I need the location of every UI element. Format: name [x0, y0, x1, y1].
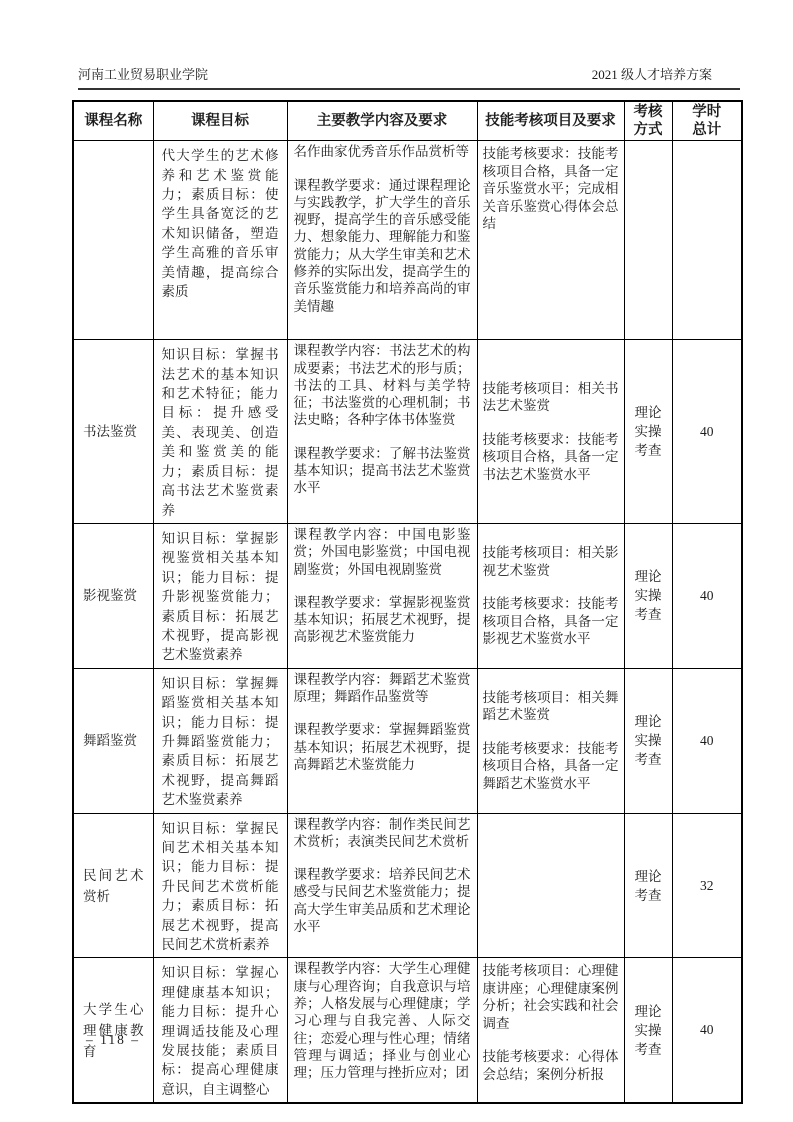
paragraph: 名作曲家优秀音乐作品赏析等	[294, 143, 471, 160]
skill-assessment-cell: 技能考核项目：相关影视艺术鉴赏技能考核要求：技能考核项目合格，具备一定影视艺术鉴…	[477, 523, 624, 668]
courses-table: 课程名称课程目标主要教学内容及要求技能考核项目及要求考核方式学时总计 代大学生的…	[72, 100, 743, 1104]
paragraph: 技能考核要求：技能考核项目合格，具备一定音乐鉴赏水平；完成相关音乐鉴赏心得体会总…	[483, 145, 619, 233]
paragraph: 技能考核项目：相关书法艺术鉴赏	[483, 380, 619, 415]
column-header: 课程名称	[73, 101, 153, 141]
total-hours-cell: 40	[672, 340, 742, 524]
paragraph: 课程教学内容：舞蹈艺术鉴赏原理；舞蹈作品鉴赏等	[294, 671, 471, 706]
header-school-name: 河南工业贸易职业学院	[78, 64, 208, 83]
total-hours-cell	[672, 141, 742, 340]
column-header: 学时总计	[672, 101, 742, 141]
course-name-cell: 影视鉴赏	[73, 523, 153, 668]
course-objectives-cell: 知识目标：掌握舞蹈鉴赏相关基本知识；能力目标：提升舞蹈鉴赏能力；素质目标：拓展艺…	[153, 668, 287, 813]
paragraph: 课程教学内容：制作类民间艺术赏析；表演类民间艺术赏析	[294, 816, 471, 851]
course-name-cell: 大学生心理健康教育	[73, 958, 153, 1103]
course-name-cell: 舞蹈鉴赏	[73, 668, 153, 813]
paragraph: 技能考核要求：技能考核项目合格，具备一定影视艺术鉴赏水平	[483, 595, 619, 648]
paragraph: 知识目标：掌握书法艺术的基本知识和艺术特征；能力目标：提升感受美、表现美、创造美…	[162, 345, 279, 520]
table-row: 大学生心理健康教育知识目标：掌握心理健康基本知识；能力目标：提升心理调适技能及心…	[73, 958, 742, 1103]
paragraph: 知识目标：掌握舞蹈鉴赏相关基本知识；能力目标：提升舞蹈鉴赏能力；素质目标：拓展艺…	[162, 674, 279, 810]
paragraph: 技能考核项目：相关舞蹈艺术鉴赏	[483, 689, 619, 724]
course-objectives-cell: 知识目标：掌握心理健康基本知识；能力目标：提升心理调适技能及心理发展技能；素质目…	[153, 958, 287, 1103]
total-hours-cell: 40	[672, 958, 742, 1103]
teaching-content-cell: 课程教学内容：书法艺术的构成要素；书法艺术的形与质；书法的工具、材料与美学特征；…	[287, 340, 477, 524]
assessment-method-cell	[624, 141, 672, 340]
course-objectives-cell: 知识目标：掌握影视鉴赏相关基本知识；能力目标：提升影视鉴赏能力；素质目标：拓展艺…	[153, 523, 287, 668]
assessment-method-cell: 理论实操考查	[624, 958, 672, 1103]
paragraph: 课程教学要求：了解书法鉴赏基本知识；提高书法艺术鉴赏水平	[294, 445, 471, 497]
teaching-content-cell: 课程教学内容：制作类民间艺术赏析；表演类民间艺术赏析课程教学要求：培养民间艺术感…	[287, 813, 477, 958]
paragraph: 课程教学内容：大学生心理健康与心理咨询；自我意识与培养；人格发展与心理健康；学习…	[294, 960, 471, 1081]
column-header: 主要教学内容及要求	[287, 101, 477, 141]
paragraph: 知识目标：掌握心理健康基本知识；能力目标：提升心理调适技能及心理发展技能；素质目…	[162, 963, 279, 1099]
column-header: 课程目标	[153, 101, 287, 141]
table-row: 影视鉴赏知识目标：掌握影视鉴赏相关基本知识；能力目标：提升影视鉴赏能力；素质目标…	[73, 523, 742, 668]
teaching-content-cell: 课程教学内容：大学生心理健康与心理咨询；自我意识与培养；人格发展与心理健康；学习…	[287, 958, 477, 1103]
paragraph: 课程教学要求：掌握舞蹈鉴赏基本知识；拓展艺术视野，提高舞蹈艺术鉴赏能力	[294, 721, 471, 773]
assessment-method-cell: 理论考查	[624, 813, 672, 958]
paragraph: 课程教学要求：掌握影视鉴赏基本知识；拓展艺术视野，提高影视艺术鉴赏能力	[294, 594, 471, 646]
skill-assessment-cell: 技能考核项目：相关书法艺术鉴赏技能考核要求：技能考核项目合格，具备一定书法艺术鉴…	[477, 340, 624, 524]
paragraph: 技能考核要求：技能考核项目合格，具备一定书法艺术鉴赏水平	[483, 431, 619, 484]
paragraph: 知识目标：掌握民间艺术相关基本知识；能力目标：提升民间艺术赏析能力；素质目标：拓…	[162, 819, 279, 955]
assessment-method-cell: 理论实操考查	[624, 668, 672, 813]
table-row: 民间艺术赏析知识目标：掌握民间艺术相关基本知识；能力目标：提升民间艺术赏析能力；…	[73, 813, 742, 958]
total-hours-cell: 40	[672, 668, 742, 813]
paragraph: 技能考核要求：技能考核项目合格，具备一定舞蹈艺术鉴赏水平	[483, 740, 619, 793]
skill-assessment-cell: 技能考核项目：心理健康讲座；心理健康案例分析；社会实践和社会调查技能考核要求：心…	[477, 958, 624, 1103]
teaching-content-cell: 课程教学内容：舞蹈艺术鉴赏原理；舞蹈作品鉴赏等课程教学要求：掌握舞蹈鉴赏基本知识…	[287, 668, 477, 813]
paragraph: 知识目标：掌握影视鉴赏相关基本知识；能力目标：提升影视鉴赏能力；素质目标：拓展艺…	[162, 529, 279, 665]
paragraph: 技能考核项目：心理健康讲座；心理健康案例分析；社会实践和社会调查	[483, 962, 619, 1032]
header-plan-title: 2021 级人才培养方案	[592, 64, 712, 83]
paragraph: 课程教学内容：中国电影鉴赏；外国电影鉴赏；中国电视剧鉴赏；外国电视剧鉴赏	[294, 526, 471, 578]
course-objectives-cell: 代大学生的艺术修养和艺术鉴赏能力；素质目标：使学生具备宽泛的艺术知识储备，塑造学…	[153, 141, 287, 340]
course-name-cell	[73, 141, 153, 340]
table-row: 舞蹈鉴赏知识目标：掌握舞蹈鉴赏相关基本知识；能力目标：提升舞蹈鉴赏能力；素质目标…	[73, 668, 742, 813]
table-header-row: 课程名称课程目标主要教学内容及要求技能考核项目及要求考核方式学时总计	[73, 101, 742, 141]
assessment-method-cell: 理论实操考查	[624, 523, 672, 668]
paragraph: 课程教学要求：通过课程理论与实践教学，扩大学生的音乐视野，提高学生的音乐感受能力…	[294, 177, 471, 315]
paragraph: 技能考核项目：相关影视艺术鉴赏	[483, 544, 619, 579]
column-header: 考核方式	[624, 101, 672, 141]
column-header: 技能考核项目及要求	[477, 101, 624, 141]
total-hours-cell: 40	[672, 523, 742, 668]
document-page: 河南工业贸易职业学院 2021 级人才培养方案 课程名称课程目标主要教学内容及要…	[0, 0, 793, 1122]
page-header: 河南工业贸易职业学院 2021 级人才培养方案	[78, 64, 740, 90]
teaching-content-cell: 名作曲家优秀音乐作品赏析等课程教学要求：通过课程理论与实践教学，扩大学生的音乐视…	[287, 141, 477, 340]
course-name-cell: 书法鉴赏	[73, 340, 153, 524]
skill-assessment-cell: 技能考核项目：相关舞蹈艺术鉴赏技能考核要求：技能考核项目合格，具备一定舞蹈艺术鉴…	[477, 668, 624, 813]
table-row: 代大学生的艺术修养和艺术鉴赏能力；素质目标：使学生具备宽泛的艺术知识储备，塑造学…	[73, 141, 742, 340]
page-number: – 118 –	[86, 1032, 140, 1048]
paragraph: 技能考核要求：心得体会总结；案例分析报	[483, 1048, 619, 1083]
paragraph: 课程教学要求：培养民间艺术感受与民间艺术鉴赏能力；提高大学生审美品质和艺术理论水…	[294, 866, 471, 935]
course-objectives-cell: 知识目标：掌握书法艺术的基本知识和艺术特征；能力目标：提升感受美、表现美、创造美…	[153, 340, 287, 524]
assessment-method-cell: 理论实操考查	[624, 340, 672, 524]
paragraph: 代大学生的艺术修养和艺术鉴赏能力；素质目标：使学生具备宽泛的艺术知识储备，塑造学…	[162, 146, 279, 301]
teaching-content-cell: 课程教学内容：中国电影鉴赏；外国电影鉴赏；中国电视剧鉴赏；外国电视剧鉴赏课程教学…	[287, 523, 477, 668]
course-objectives-cell: 知识目标：掌握民间艺术相关基本知识；能力目标：提升民间艺术赏析能力；素质目标：拓…	[153, 813, 287, 958]
skill-assessment-cell: 技能考核要求：技能考核项目合格，具备一定音乐鉴赏水平；完成相关音乐鉴赏心得体会总…	[477, 141, 624, 340]
course-name-cell: 民间艺术赏析	[73, 813, 153, 958]
table-row: 书法鉴赏知识目标：掌握书法艺术的基本知识和艺术特征；能力目标：提升感受美、表现美…	[73, 340, 742, 524]
paragraph: 课程教学内容：书法艺术的构成要素；书法艺术的形与质；书法的工具、材料与美学特征；…	[294, 342, 471, 428]
total-hours-cell: 32	[672, 813, 742, 958]
skill-assessment-cell	[477, 813, 624, 958]
